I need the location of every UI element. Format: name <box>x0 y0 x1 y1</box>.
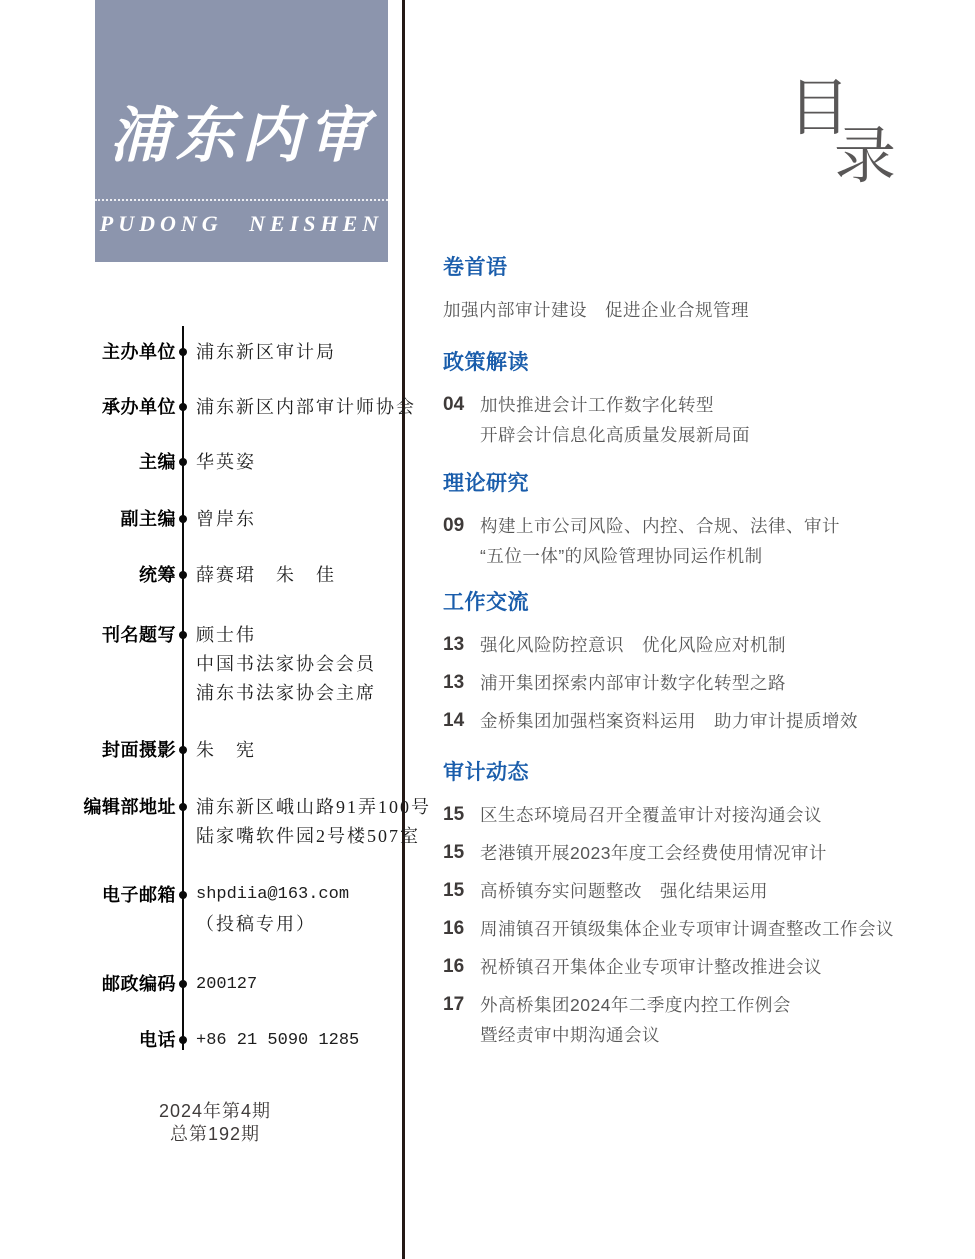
toc-section-heading: 政策解读 <box>443 350 923 376</box>
toc-entry-page-number: 16 <box>443 914 480 944</box>
toc-entry-title: 祝桥镇召开集体企业专项审计整改推进会议 <box>480 952 822 982</box>
toc-entry: 16 祝桥镇召开集体企业专项审计整改推进会议 <box>443 952 923 982</box>
toc-entry-title: 老港镇开展2023年度工会经费使用情况审计 <box>480 838 827 868</box>
bullet-dot-icon <box>179 515 187 523</box>
toc-section-policy: 政策解读 04 加快推进会计工作数字化转型 开辟会计信息化高质量发展新局面 <box>443 350 923 458</box>
toc-entry: 15 高桥镇夯实问题整改 强化结果运用 <box>443 876 923 906</box>
magazine-contents-page: 浦东内审 PUDONG NEISHEN 目 录 主办单位 浦东新区审计局 承办单… <box>0 0 975 1259</box>
info-value-email: shpdiia@163.com （投稿专用） <box>196 881 349 941</box>
toc-entry-title: 外高桥集团2024年二季度内控工作例会 暨经责审中期沟通会议 <box>480 990 791 1050</box>
toc-entry-page-number: 15 <box>443 838 480 868</box>
toc-section-preface: 卷首语 加强内部审计建设 促进企业合规管理 <box>443 255 923 333</box>
toc-entry-title: 强化风险防控意识 优化风险应对机制 <box>480 630 786 660</box>
toc-entry-page-number: 13 <box>443 668 480 698</box>
toc-entry-page-number: 04 <box>443 390 480 450</box>
bullet-dot-icon <box>179 1036 187 1044</box>
masthead-banner: 浦东内审 PUDONG NEISHEN <box>95 0 388 262</box>
column-divider <box>402 0 405 1259</box>
issue-number: 2024年第4期 <box>95 1100 335 1123</box>
info-label: 主办单位 <box>0 340 176 364</box>
bullet-dot-icon <box>179 980 187 988</box>
toc-entry: 04 加快推进会计工作数字化转型 开辟会计信息化高质量发展新局面 <box>443 390 923 450</box>
toc-entry: 加强内部审计建设 促进企业合规管理 <box>443 295 923 325</box>
toc-entry: 13 强化风险防控意识 优化风险应对机制 <box>443 630 923 660</box>
contents-mark-char-2: 录 <box>834 126 896 188</box>
toc-entry-page-number: 17 <box>443 990 480 1050</box>
toc-entry-title: 加快推进会计工作数字化转型 开辟会计信息化高质量发展新局面 <box>480 390 750 450</box>
bullet-dot-icon <box>179 348 187 356</box>
info-value-phone: +86 21 5090 1285 <box>196 1026 359 1055</box>
toc-entry: 13 浦开集团探索内部审计数字化转型之路 <box>443 668 923 698</box>
info-value: 曾岸东 <box>196 505 256 534</box>
toc-entry: 15 区生态环境局召开全覆盖审计对接沟通会议 <box>443 800 923 830</box>
info-value: 薛赛珺 朱 佳 <box>196 561 336 590</box>
toc-entry-title: 浦开集团探索内部审计数字化转型之路 <box>480 668 786 698</box>
info-value-postcode: 200127 <box>196 970 257 999</box>
bullet-dot-icon <box>179 458 187 466</box>
info-label: 电子邮箱 <box>0 883 176 907</box>
toc-entry-title: 构建上市公司风险、内控、合规、法律、审计 “五位一体”的风险管理协同运作机制 <box>480 511 840 571</box>
info-label: 电话 <box>0 1028 176 1052</box>
issue-info: 2024年第4期 总第192期 <box>95 1100 335 1146</box>
info-rail-line <box>182 326 184 1050</box>
toc-entry-page-number: 15 <box>443 800 480 830</box>
info-value: 朱 宪 <box>196 736 256 765</box>
issue-total: 总第192期 <box>95 1123 335 1146</box>
info-label: 主编 <box>0 450 176 474</box>
toc-entry: 15 老港镇开展2023年度工会经费使用情况审计 <box>443 838 923 868</box>
magazine-title-pinyin: PUDONG NEISHEN <box>95 211 388 237</box>
info-label: 封面摄影 <box>0 738 176 762</box>
info-label: 邮政编码 <box>0 972 176 996</box>
info-label: 统筹 <box>0 563 176 587</box>
toc-entry-page-number: 13 <box>443 630 480 660</box>
toc-entry: 09 构建上市公司风险、内控、合规、法律、审计 “五位一体”的风险管理协同运作机… <box>443 511 923 571</box>
toc-section-audit-news: 审计动态 15 区生态环境局召开全覆盖审计对接沟通会议 15 老港镇开展2023… <box>443 760 923 1058</box>
toc-entry-title: 高桥镇夯实问题整改 强化结果运用 <box>480 876 768 906</box>
bullet-dot-icon <box>179 631 187 639</box>
bullet-dot-icon <box>179 891 187 899</box>
info-value: 浦东新区审计局 <box>196 338 336 367</box>
toc-entry-title: 区生态环境局召开全覆盖审计对接沟通会议 <box>480 800 822 830</box>
toc-entry: 14 金桥集团加强档案资料运用 助力审计提质增效 <box>443 706 923 736</box>
info-label: 刊名题写 <box>0 623 176 647</box>
toc-section-work-exchange: 工作交流 13 强化风险防控意识 优化风险应对机制 13 浦开集团探索内部审计数… <box>443 590 923 744</box>
toc-section-heading: 卷首语 <box>443 255 923 281</box>
info-value: 浦东新区峨山路91弄100号 陆家嘴软件园2号楼507室 <box>196 793 431 851</box>
toc-entry-page-number: 14 <box>443 706 480 736</box>
toc-section-heading: 理论研究 <box>443 471 923 497</box>
toc-section-heading: 审计动态 <box>443 760 923 786</box>
bullet-dot-icon <box>179 403 187 411</box>
toc-entry-page-number: 15 <box>443 876 480 906</box>
info-value: 华英姿 <box>196 448 256 477</box>
masthead-divider-line <box>95 199 388 201</box>
toc-entry: 17 外高桥集团2024年二季度内控工作例会 暨经责审中期沟通会议 <box>443 990 923 1050</box>
bullet-dot-icon <box>179 746 187 754</box>
info-value: 浦东新区内部审计师协会 <box>196 393 416 422</box>
info-label: 承办单位 <box>0 395 176 419</box>
toc-entry-page-number: 16 <box>443 952 480 982</box>
toc-entry-title: 加强内部审计建设 促进企业合规管理 <box>443 295 749 325</box>
toc-entry-title: 金桥集团加强档案资料运用 助力审计提质增效 <box>480 706 858 736</box>
info-value: 顾士伟 中国书法家协会会员 浦东书法家协会主席 <box>196 621 376 708</box>
toc-section-theory: 理论研究 09 构建上市公司风险、内控、合规、法律、审计 “五位一体”的风险管理… <box>443 471 923 579</box>
bullet-dot-icon <box>179 571 187 579</box>
toc-section-heading: 工作交流 <box>443 590 923 616</box>
toc-entry: 16 周浦镇召开镇级集体企业专项审计调查整改工作会议 <box>443 914 923 944</box>
toc-entry-page-number: 09 <box>443 511 480 571</box>
info-label: 编辑部地址 <box>0 795 176 819</box>
toc-entry-title: 周浦镇召开镇级集体企业专项审计调查整改工作会议 <box>480 914 894 944</box>
magazine-title: 浦东内审 <box>95 88 388 184</box>
info-label: 副主编 <box>0 507 176 531</box>
bullet-dot-icon <box>179 803 187 811</box>
